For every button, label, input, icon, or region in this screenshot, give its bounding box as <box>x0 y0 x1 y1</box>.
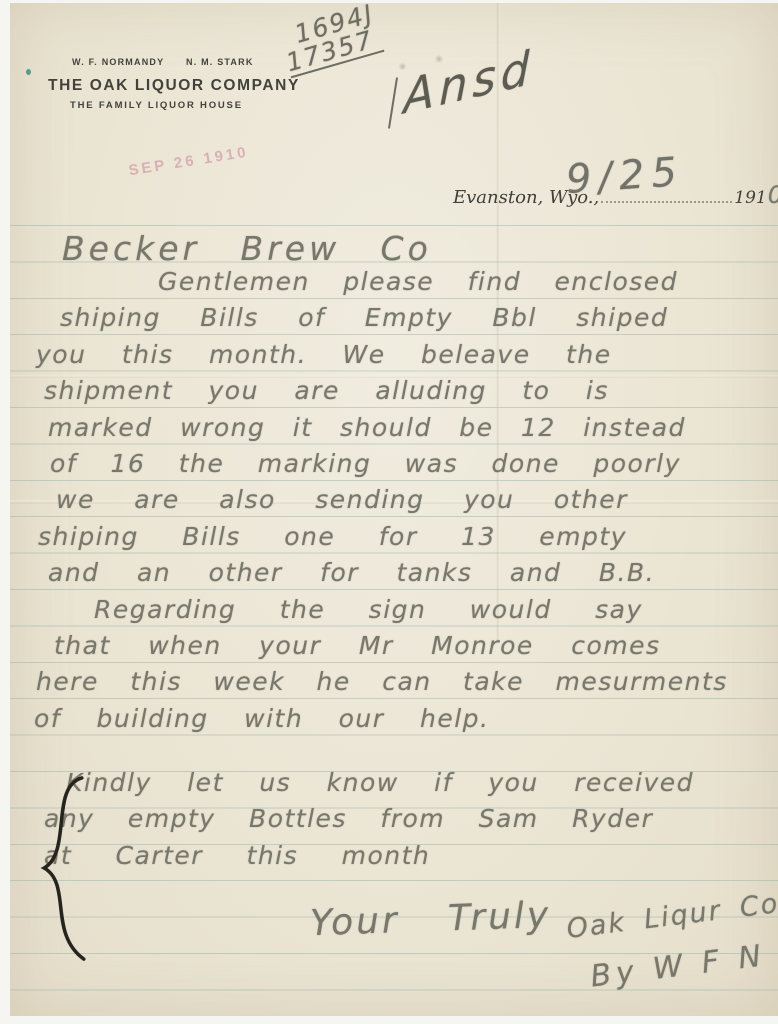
handwriting-line: here this week he can take mesurments <box>10 665 778 701</box>
closing-valediction: Your Truly <box>309 895 552 944</box>
scanned-letter-page: W. F. NORMANDY N. M. STARK THE OAK LIQUO… <box>0 0 778 1024</box>
pen-stroke-mark <box>388 77 398 129</box>
dateline-year-printed: 191 <box>734 188 766 208</box>
file-number-annotation: 1694J 17357 <box>277 1 385 79</box>
received-date-stamp: SEP 26 1910 <box>127 144 249 180</box>
handwriting-line: of building with our help. <box>10 702 778 738</box>
letterhead-company-name: THE OAK LIQUOR COMPANY <box>48 77 300 95</box>
handwriting-line: you this month. We beleave the <box>10 338 778 374</box>
staple-hole-mark <box>434 55 444 63</box>
green-ink-speck <box>26 69 31 75</box>
handwriting-line: at Carter this month <box>10 839 778 875</box>
handwriting-line: any empty Bottles from Sam Ryder <box>10 802 778 838</box>
handwriting-line: of 16 the marking was done poorly <box>10 447 778 483</box>
handwriting-line: shiping Bills of Empty Bbl shiped <box>10 301 778 337</box>
letterhead-tagline: THE FAMILY LIQUOR HOUSE <box>70 100 243 111</box>
handwriting-line: marked wrong it should be 12 instead <box>10 411 778 447</box>
letterhead-proprietor-right: N. M. STARK <box>186 57 254 67</box>
signature-company: Oak Liqur Co <box>565 888 778 945</box>
ink-brace <box>32 775 92 963</box>
handwriting-line: we are also sending you other <box>10 483 778 519</box>
handwriting-line: Regarding the sign would say <box>10 593 778 629</box>
signature-initials: By W F N <box>589 938 768 994</box>
dateline-year-handwritten-digit: 0 <box>768 181 778 209</box>
handwriting-line: Gentlemen please find enclosed <box>10 265 778 301</box>
letter-body: Gentlemen please find enclosed shiping B… <box>10 265 778 875</box>
salutation: Becker Brew Co <box>62 229 432 268</box>
handwriting-line: shipment you are alluding to is <box>10 374 778 410</box>
handwriting-line: Kindly let us know if you received <box>10 766 778 802</box>
handwritten-date: 9/25 <box>565 149 686 203</box>
handwriting-line: shiping Bills one for 13 empty <box>10 520 778 556</box>
staple-hole-mark <box>398 63 407 70</box>
handwriting-line: that when your Mr Monroe comes <box>10 629 778 665</box>
letter-paper: W. F. NORMANDY N. M. STARK THE OAK LIQUO… <box>10 3 778 1016</box>
handwriting-line: and an other for tanks and B.B. <box>10 556 778 592</box>
answered-notation: Ansd <box>403 39 534 125</box>
letterhead-proprietor-left: W. F. NORMANDY <box>72 57 164 67</box>
